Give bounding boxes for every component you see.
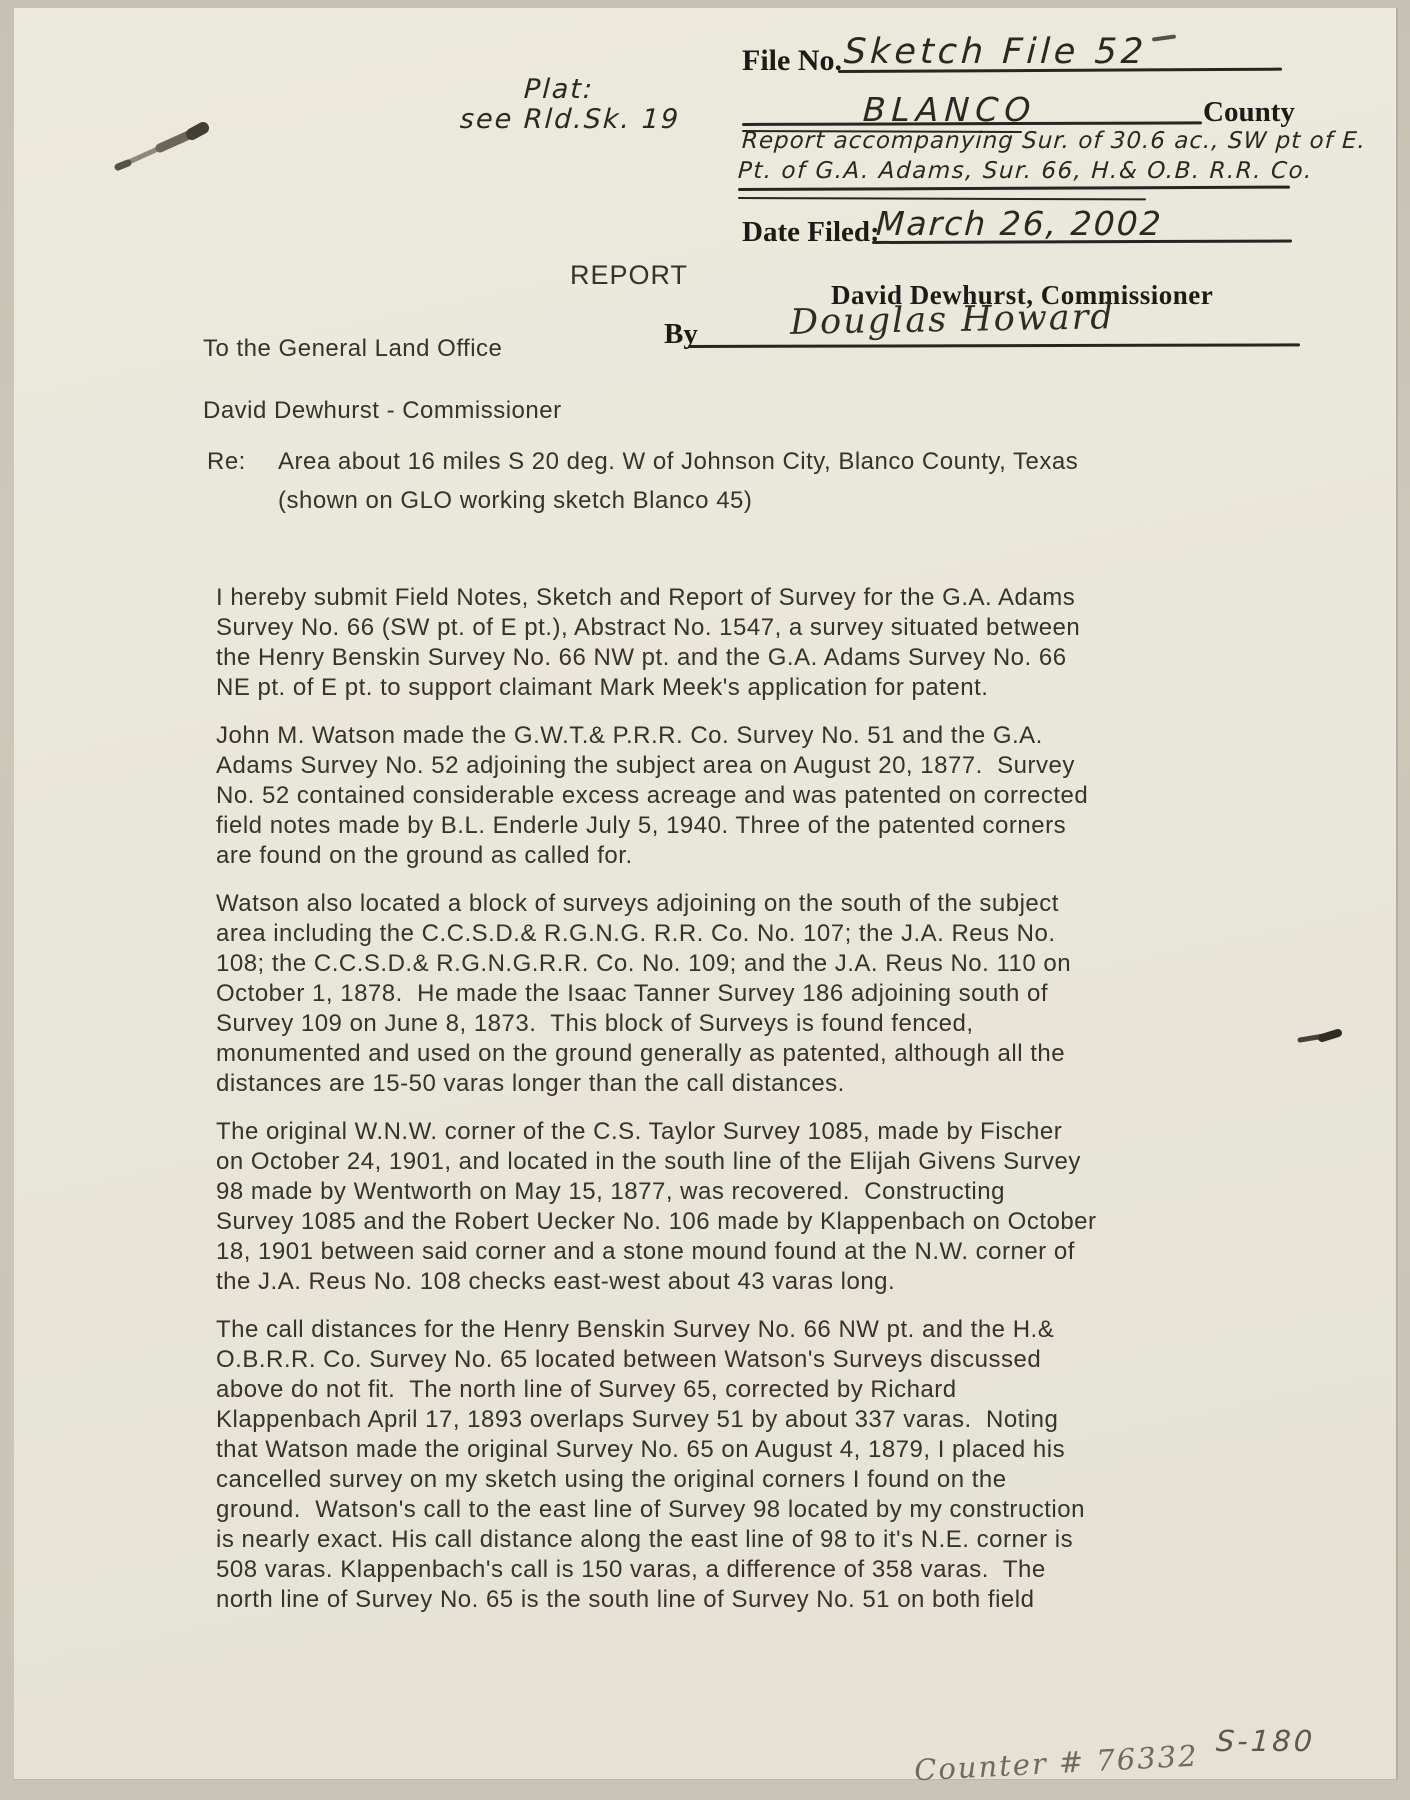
- addressee-line2: David Dewhurst - Commissioner: [203, 396, 562, 426]
- by-signature: Douglas Howard: [790, 297, 1115, 343]
- addressee-line1: To the General Land Office: [203, 334, 502, 364]
- ink-smudge-mark: [1296, 1026, 1346, 1048]
- accompanying-line2: Pt. of G.A. Adams, Sur. 66, H.& O.B. R.R…: [737, 158, 1313, 184]
- report-body: I hereby submit Field Notes, Sketch and …: [216, 583, 1396, 1633]
- counter-note: Counter # 76332: [913, 1739, 1199, 1788]
- by-underline: [688, 343, 1300, 348]
- re-line1: Area about 16 miles S 20 deg. W of Johns…: [278, 447, 1078, 477]
- plat-note-line1: Plat:: [523, 74, 595, 105]
- file-code-note: S-180: [1215, 1724, 1316, 1758]
- staple-mark: [108, 108, 218, 178]
- pencil-dash-mark: [1152, 34, 1176, 41]
- accompanying-underline-double: [738, 197, 1146, 200]
- plat-note-line2: see Rld.Sk. 19: [459, 104, 681, 135]
- body-paragraph-1: I hereby submit Field Notes, Sketch and …: [216, 583, 1396, 703]
- date-filed-label: Date Filed:: [742, 216, 880, 249]
- date-filed-value: March 26, 2002: [875, 204, 1164, 243]
- report-title: REPORT: [570, 260, 688, 290]
- paper-sheet: Plat: see Rld.Sk. 19 File No. Sketch Fil…: [14, 8, 1398, 1780]
- scanned-report-page: { "colors": { "paper": "#e9e6da", "backg…: [0, 0, 1410, 1800]
- body-paragraph-3: Watson also located a block of surveys a…: [216, 889, 1396, 1099]
- re-line2: (shown on GLO working sketch Blanco 45): [278, 486, 752, 516]
- accompanying-line1: Report accompanying Sur. of 30.6 ac., SW…: [741, 128, 1366, 154]
- date-filed-underline: [872, 240, 1292, 244]
- body-paragraph-5: The call distances for the Henry Benskin…: [216, 1315, 1396, 1615]
- county-label: County: [1203, 96, 1295, 129]
- file-no-value: Sketch File 52: [843, 32, 1148, 72]
- file-no-label: File No.: [742, 44, 842, 78]
- body-paragraph-2: John M. Watson made the G.W.T.& P.R.R. C…: [216, 721, 1396, 871]
- body-paragraph-4: The original W.N.W. corner of the C.S. T…: [216, 1117, 1396, 1297]
- re-label: Re:: [207, 447, 246, 477]
- accompanying-underline: [738, 186, 1290, 191]
